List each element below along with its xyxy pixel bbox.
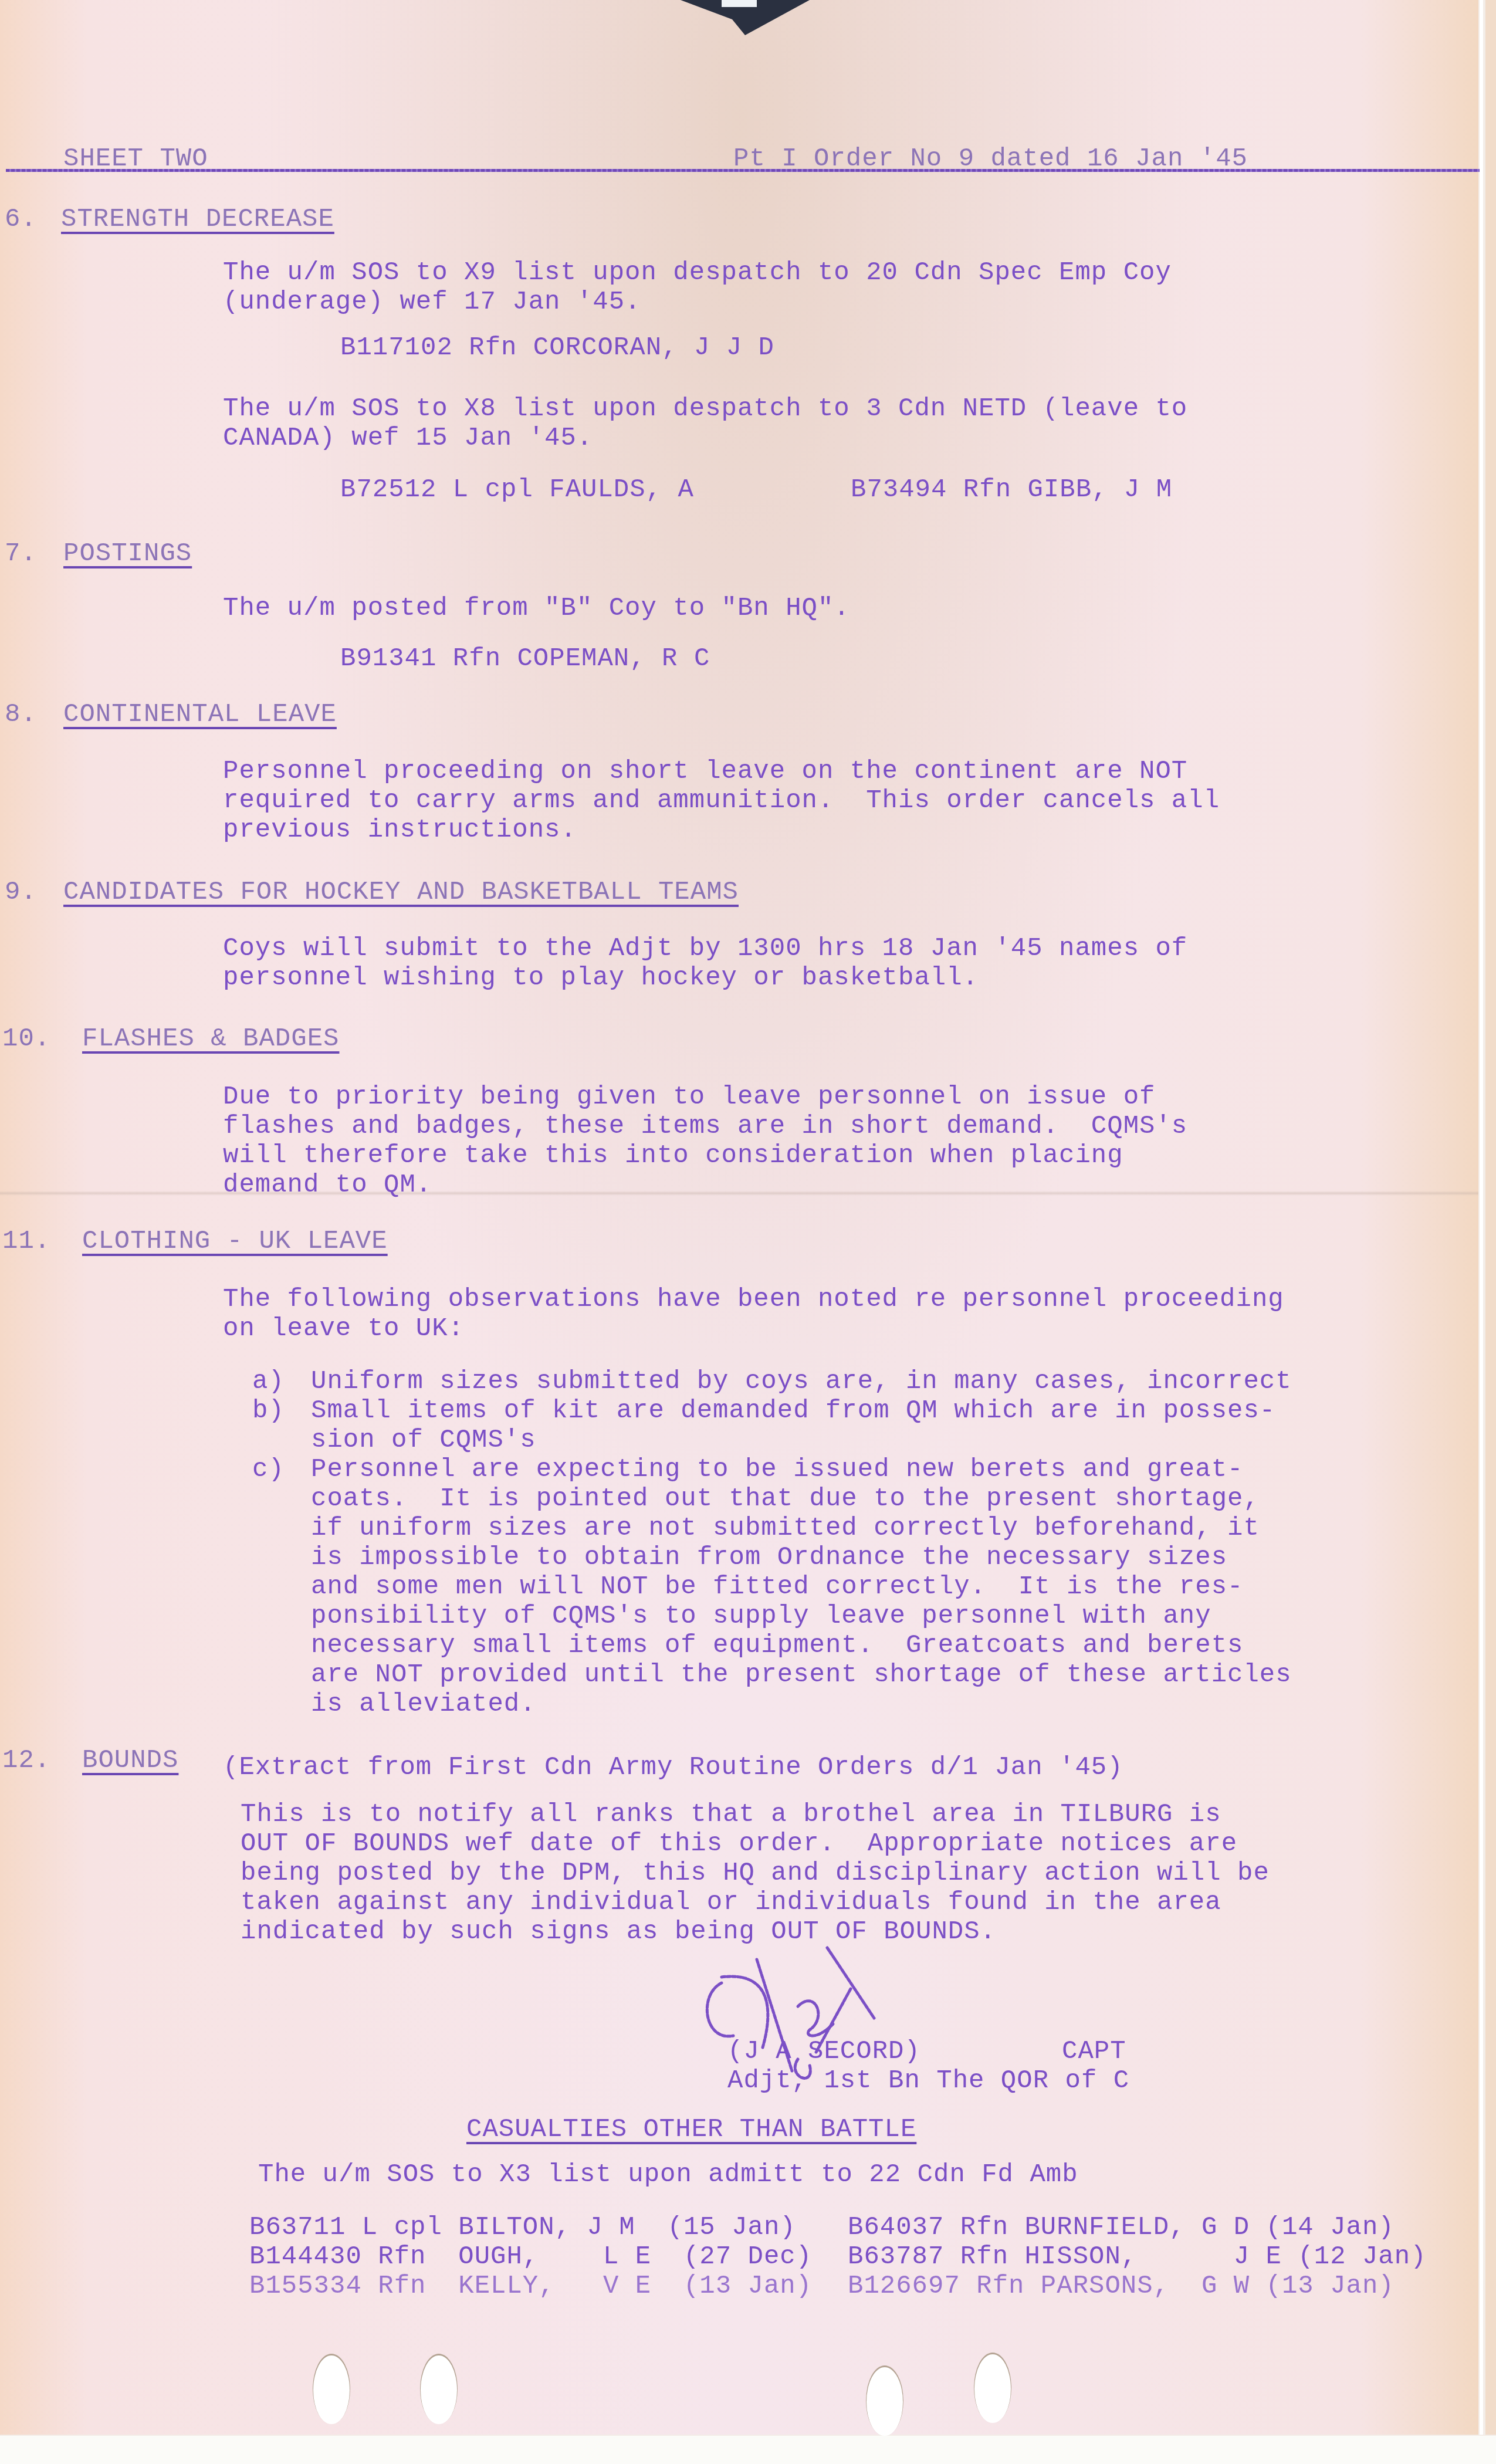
- list-item: Small items of kit are demanded from QM …: [311, 1396, 1275, 1455]
- page-bottom-edge: [0, 2436, 1496, 2464]
- personnel-entry: B91341 Rfn COPEMAN, R C: [340, 644, 710, 673]
- punch-hole: [313, 2354, 350, 2424]
- punch-hole: [866, 2365, 903, 2436]
- section-title: CLOTHING - UK LEAVE: [82, 1226, 388, 1257]
- casualty-row: B126697 Rfn PARSONS, G W (13 Jan): [848, 2272, 1395, 2301]
- list-item: Personnel are expecting to be issued new…: [311, 1455, 1292, 1719]
- section-paragraph: Coys will submit to the Adjt by 1300 hrs…: [223, 934, 1187, 993]
- section-title: CANDIDATES FOR HOCKEY AND BASKETBALL TEA…: [63, 877, 739, 908]
- section-paragraph: The u/m SOS to X8 list upon despatch to …: [223, 394, 1187, 453]
- section-number: 6.: [5, 204, 37, 235]
- casualty-row: B64037 Rfn BURNFIELD, G D (14 Jan): [848, 2213, 1395, 2242]
- section-title: BOUNDS: [82, 1745, 178, 1776]
- section-number: 7.: [5, 539, 37, 569]
- punch-hole: [420, 2354, 458, 2424]
- list-item-label: b): [252, 1396, 285, 1426]
- section-subtitle: (Extract from First Cdn Army Routine Ord…: [223, 1753, 1123, 1782]
- section-number: 10.: [2, 1024, 50, 1054]
- header-rule: [6, 169, 1480, 172]
- section-number: 11.: [2, 1226, 50, 1257]
- signatory-appointment: Adjt, 1st Bn The QOR of C: [727, 2066, 1129, 2096]
- page-edge: [1480, 0, 1483, 2435]
- casualties-title: CASUALTIES OTHER THAN BATTLE: [466, 2115, 916, 2144]
- personnel-entry: B72512 L cpl FAULDS, A: [340, 475, 694, 505]
- section-title: CONTINENTAL LEAVE: [63, 699, 337, 730]
- section-paragraph: The following observations have been not…: [223, 1285, 1284, 1343]
- section-title: POSTINGS: [63, 539, 192, 569]
- personnel-entry: B73494 Rfn GIBB, J M: [851, 475, 1172, 505]
- list-item: Uniform sizes submitted by coys are, in …: [311, 1367, 1292, 1396]
- signatory-name: (J A SECORD): [727, 2037, 920, 2066]
- section-title: FLASHES & BADGES: [82, 1024, 339, 1054]
- section-number: 12.: [2, 1745, 50, 1776]
- section-number: 9.: [5, 877, 37, 908]
- section-number: 8.: [5, 699, 37, 730]
- section-title: STRENGTH DECREASE: [61, 204, 334, 235]
- section-paragraph: This is to notify all ranks that a broth…: [241, 1800, 1270, 1947]
- section-paragraph: Personnel proceeding on short leave on t…: [223, 757, 1220, 845]
- casualty-row: B63711 L cpl BILTON, J M (15 Jan): [249, 2213, 796, 2242]
- casualties-intro: The u/m SOS to X3 list upon admitt to 22…: [258, 2160, 1078, 2189]
- list-item-label: c): [252, 1455, 285, 1484]
- punch-hole: [974, 2353, 1011, 2423]
- casualty-row: B63787 Rfn HISSON, J E (12 Jan): [848, 2242, 1427, 2272]
- casualty-row: B144430 Rfn OUGH, L E (27 Dec): [249, 2242, 812, 2272]
- personnel-entry: B117102 Rfn CORCORAN, J J D: [340, 333, 774, 363]
- signatory-rank: CAPT: [1062, 2037, 1126, 2066]
- section-paragraph: Due to priority being given to leave per…: [223, 1082, 1187, 1200]
- section-paragraph: The u/m posted from "B" Coy to "Bn HQ".: [223, 594, 850, 623]
- casualty-row: B155334 Rfn KELLY, V E (13 Jan): [249, 2272, 812, 2301]
- section-paragraph: The u/m SOS to X9 list upon despatch to …: [223, 258, 1172, 317]
- page-edge-shadow: [1485, 0, 1496, 2435]
- list-item-label: a): [252, 1367, 285, 1396]
